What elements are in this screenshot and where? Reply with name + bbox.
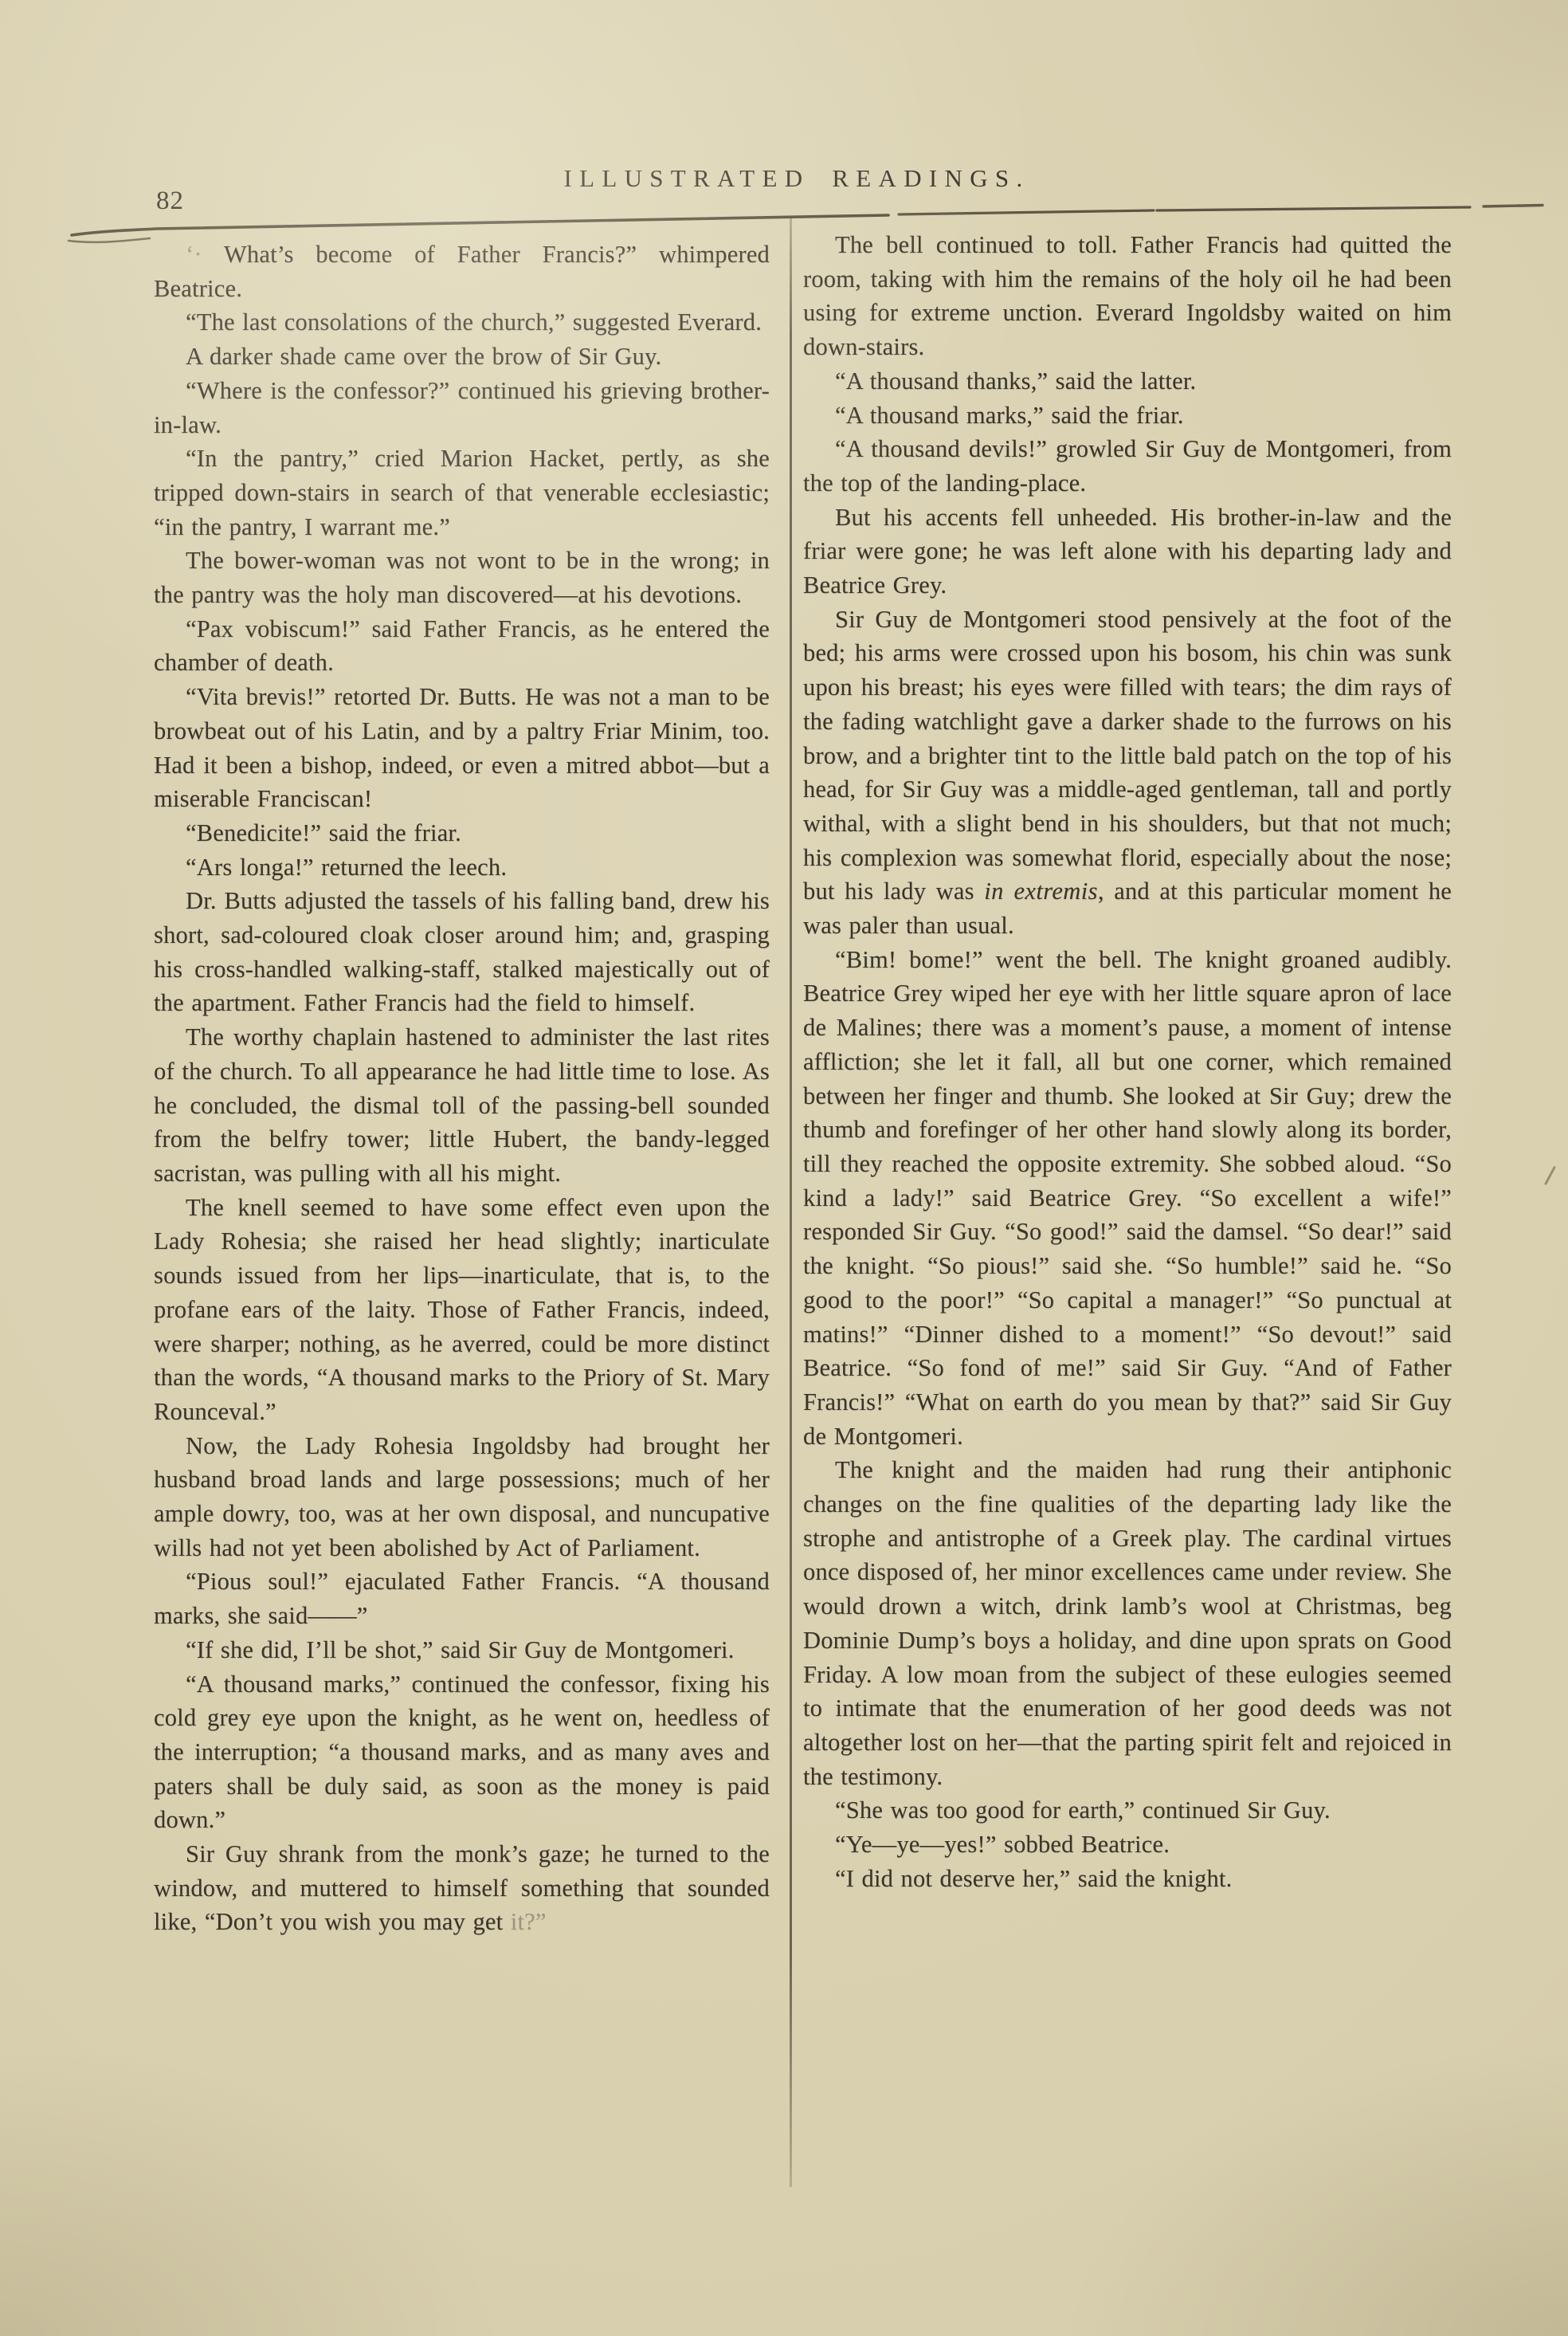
paragraph: “A thousand marks,” continued the confes… bbox=[154, 1667, 770, 1838]
paragraph: “Where is the confessor?” continued his … bbox=[154, 374, 770, 442]
paragraph: A darker shade came over the brow of Sir… bbox=[154, 340, 770, 374]
paragraph: “Vita brevis!” retorted Dr. Butts. He wa… bbox=[154, 680, 770, 816]
paragraph: “A thousand devils!” growled Sir Guy de … bbox=[803, 432, 1452, 500]
paragraph: The bower-woman was not wont to be in th… bbox=[154, 544, 770, 611]
paragraph: Sir Guy de Montgomeri stood pensively at… bbox=[803, 603, 1452, 943]
paragraph: “A thousand marks,” said the friar. bbox=[803, 398, 1452, 433]
paragraph: “The last consolations of the church,” s… bbox=[154, 305, 770, 340]
paragraph: “Benedicite!” said the friar. bbox=[154, 816, 770, 850]
paragraph: Sir Guy shrank from the monk’s gaze; he … bbox=[154, 1837, 770, 1939]
paragraph: “If she did, I’ll be shot,” said Sir Guy… bbox=[154, 1633, 770, 1667]
paragraph: “She was too good for earth,” continued … bbox=[803, 1793, 1452, 1828]
paragraph: The worthy chaplain hastened to administ… bbox=[154, 1020, 770, 1191]
paragraph: ‘· What’s become of Father Francis?” whi… bbox=[154, 238, 770, 305]
paragraph: “I did not deserve her,” said the knight… bbox=[803, 1862, 1452, 1896]
paragraph: Now, the Lady Rohesia Ingoldsby had brou… bbox=[154, 1429, 770, 1565]
column-divider bbox=[790, 217, 792, 2187]
paragraph: “Pax vobiscum!” said Father Francis, as … bbox=[154, 612, 770, 680]
left-column: ‘· What’s become of Father Francis?” whi… bbox=[154, 238, 770, 1939]
paragraph: “Ars longa!” returned the leech. bbox=[154, 850, 770, 885]
paragraph: “Pious soul!” ejaculated Father Francis.… bbox=[154, 1565, 770, 1632]
paragraph: But his accents fell unheeded. His broth… bbox=[803, 501, 1452, 603]
running-title: ILLUSTRATED READINGS. bbox=[80, 164, 1514, 193]
paragraph: “Bim! bome!” went the bell. The knight g… bbox=[803, 943, 1452, 1454]
paragraph: The bell continued to toll. Father Franc… bbox=[803, 228, 1452, 364]
paragraph: The knight and the maiden had rung their… bbox=[803, 1453, 1452, 1793]
paragraph: “In the pantry,” cried Marion Hacket, pe… bbox=[154, 442, 770, 544]
right-column: The bell continued to toll. Father Franc… bbox=[803, 228, 1452, 1895]
paragraph: “Ye—ye—yes!” sobbed Beatrice. bbox=[803, 1828, 1452, 1862]
paragraph: “A thousand thanks,” said the latter. bbox=[803, 364, 1452, 398]
book-page: 82 ILLUSTRATED READINGS. ‘· What’s becom… bbox=[0, 0, 1568, 2336]
paragraph: The knell seemed to have some effect eve… bbox=[154, 1191, 770, 1429]
stray-mark bbox=[1544, 1166, 1556, 1185]
paragraph: Dr. Butts adjusted the tassels of his fa… bbox=[154, 884, 770, 1020]
